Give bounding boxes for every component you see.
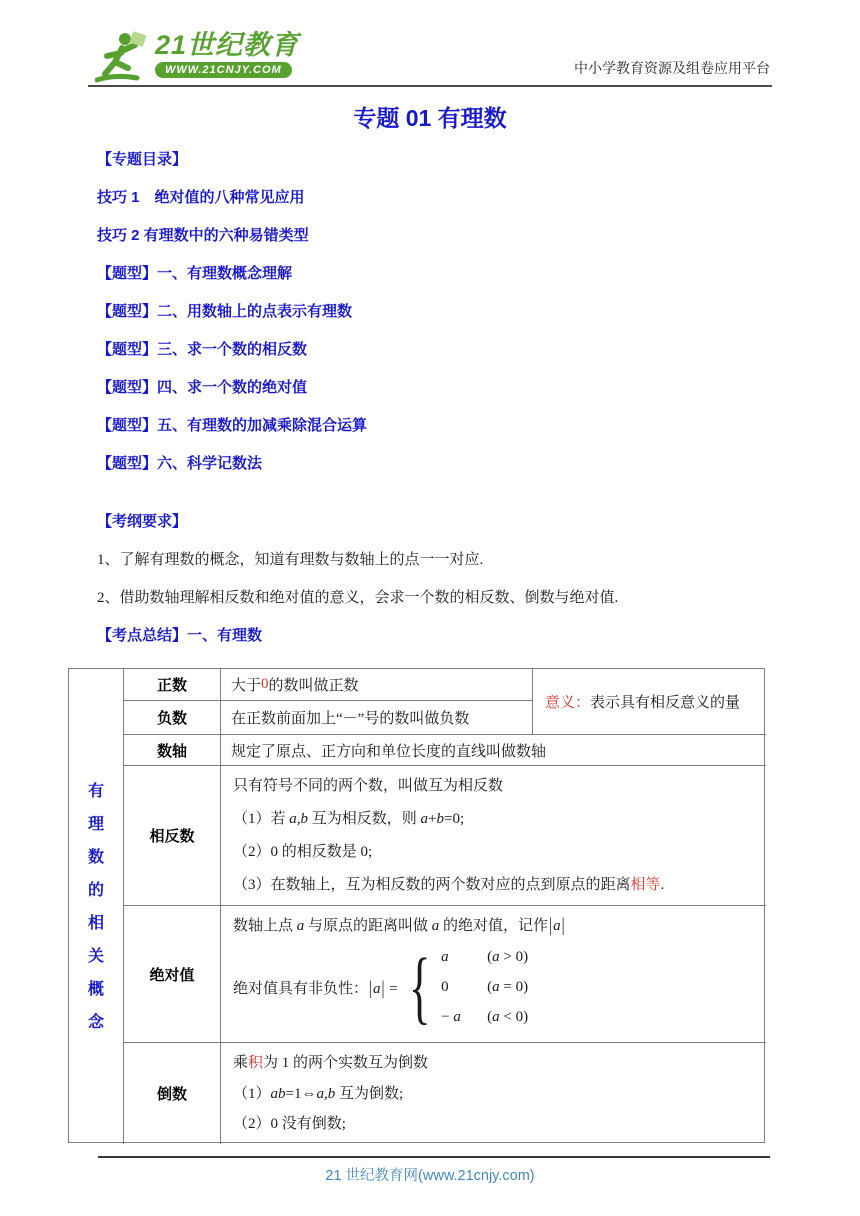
term-negative: 负数 <box>124 701 221 735</box>
abs-line-1: 数轴上点 a 与原点的距离叫做 a 的绝对值，记作|a| <box>233 915 754 937</box>
document-page: 21世纪教育 WWW.21CNJY.COM 中小学教育资源及组卷应用平台 专题 … <box>0 0 860 1216</box>
logo-site-text: WWW.21CNJY.COM <box>155 62 292 78</box>
term-reciprocal: 倒数 <box>124 1043 221 1144</box>
concept-table: 有理数的相关概念 正数 大于 0 的数叫做正数 负数 在正数前面加上“－”号的数… <box>68 668 765 1143</box>
side-label: 有理数的相关概念 <box>88 775 104 1039</box>
abs-case-1: a (a > 0) <box>441 942 528 972</box>
toc-item-type-6: 【题型】六、科学记数法 <box>97 454 367 492</box>
term-axis: 数轴 <box>124 735 221 766</box>
case-value: − a <box>441 1009 487 1026</box>
toc-item-type-5: 【题型】五、有理数的加减乘除混合运算 <box>97 416 367 454</box>
toc-item-type-2: 【题型】二、用数轴上的点表示有理数 <box>97 302 367 340</box>
reciprocal-line-1: 乘积为 1 的两个实数互为倒数 <box>233 1052 754 1074</box>
abs-case-2: 0 (a = 0) <box>441 972 528 1002</box>
desc-negative: 在正数前面加上“－”号的数叫做负数 <box>221 701 533 735</box>
opposite-line-2: （1）若 a,b 互为相反数，则 a+b=0; <box>233 808 754 830</box>
brand-logo: 21世纪教育 WWW.21CNJY.COM <box>95 30 299 89</box>
abs-formula: 绝对值具有非负性：|a| = { a (a > 0) 0 (a = 0) − a… <box>233 941 754 1033</box>
opposite-line-1: 只有符号不同的两个数，叫做互为相反数 <box>233 775 754 797</box>
logo-brand-text: 21世纪教育 <box>155 30 299 60</box>
meaning-cell: 意义：表示具有相反意义的量 <box>533 669 766 735</box>
desc-abs: 数轴上点 a 与原点的距离叫做 a 的绝对值，记作|a| 绝对值具有非负性：|a… <box>221 906 766 1043</box>
toc-section: 【专题目录】 技巧 1 绝对值的八种常见应用 技巧 2 有理数中的六种易错类型 … <box>97 150 367 492</box>
abs-formula-label: 绝对值具有非负性：|a| = <box>233 977 398 998</box>
runner-book-icon <box>95 30 151 89</box>
brace-glyph: { <box>409 941 431 1033</box>
toc-item-type-3: 【题型】三、求一个数的相反数 <box>97 340 367 378</box>
toc-item-skill-1: 技巧 1 绝对值的八种常见应用 <box>97 188 367 226</box>
table-side-label-cell: 有理数的相关概念 <box>69 669 124 1144</box>
toc-item-type-4: 【题型】四、求一个数的绝对值 <box>97 378 367 416</box>
footer-site-text: 21 世纪教育网(www.21cnjy.com) <box>0 1164 860 1185</box>
case-condition: (a > 0) <box>487 949 528 966</box>
term-positive: 正数 <box>124 669 221 701</box>
case-value: 0 <box>441 979 487 996</box>
term-abs: 绝对值 <box>124 906 221 1043</box>
desc-reciprocal: 乘积为 1 的两个实数互为倒数 （1）ab=1⇔a,b 互为倒数; （2）0 没… <box>221 1043 766 1144</box>
header-divider <box>88 85 772 87</box>
syllabus-item-1: 1、了解有理数的概念，知道有理数与数轴上的点一一对应. <box>97 550 618 588</box>
abs-case-3: − a (a < 0) <box>441 1002 528 1032</box>
case-condition: (a < 0) <box>487 1009 528 1026</box>
opposite-line-4: （3）在数轴上，互为相反数的两个数对应的点到原点的距离相等. <box>233 874 754 896</box>
toc-item-skill-2: 技巧 2 有理数中的六种易错类型 <box>97 226 367 264</box>
term-opposite: 相反数 <box>124 766 221 906</box>
reciprocal-line-3: （2）0 没有倒数; <box>233 1113 754 1135</box>
abs-cases: a (a > 0) 0 (a = 0) − a (a < 0) <box>441 942 528 1032</box>
desc-positive: 大于 0 的数叫做正数 <box>221 669 533 701</box>
syllabus-section: 【考纲要求】 1、了解有理数的概念，知道有理数与数轴上的点一一对应. 2、借助数… <box>97 512 618 664</box>
toc-heading: 【专题目录】 <box>97 150 367 188</box>
page-title: 专题 01 有理数 <box>0 100 860 133</box>
desc-axis: 规定了原点、正方向和单位长度的直线叫做数轴 <box>221 735 766 766</box>
desc-opposite: 只有符号不同的两个数，叫做互为相反数 （1）若 a,b 互为相反数，则 a+b=… <box>221 766 766 906</box>
opposite-line-3: （2）0 的相反数是 0; <box>233 841 754 863</box>
footer-divider <box>98 1156 770 1158</box>
platform-text: 中小学教育资源及组卷应用平台 <box>574 58 770 78</box>
case-condition: (a = 0) <box>487 979 528 996</box>
toc-item-type-1: 【题型】一、有理数概念理解 <box>97 264 367 302</box>
case-value: a <box>441 949 487 966</box>
summary-heading: 【考点总结】一、有理数 <box>97 626 618 664</box>
reciprocal-line-2: （1）ab=1⇔a,b 互为倒数; <box>233 1083 754 1105</box>
syllabus-item-2: 2、借助数轴理解相反数和绝对值的意义，会求一个数的相反数、倒数与绝对值. <box>97 588 618 626</box>
syllabus-heading: 【考纲要求】 <box>97 512 618 550</box>
